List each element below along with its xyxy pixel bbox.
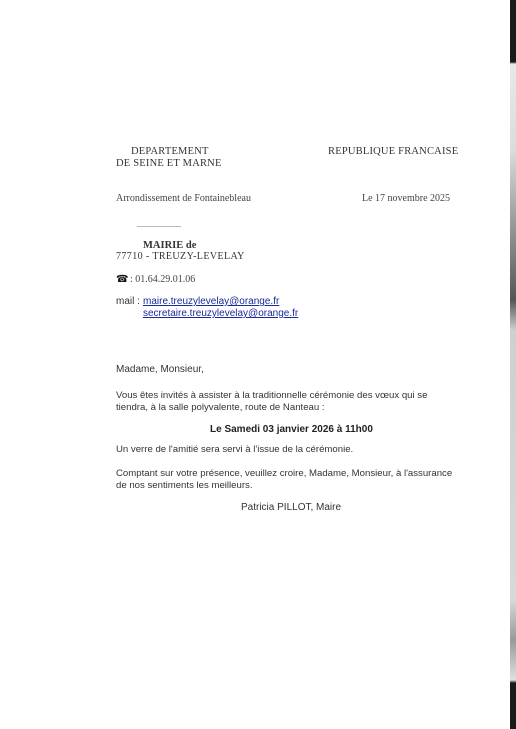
department-line2: DE SEINE ET MARNE bbox=[116, 158, 222, 169]
separator-line bbox=[137, 226, 181, 227]
invitation-text-line2: tiendra, à la salle polyvalente, route d… bbox=[116, 402, 325, 413]
closing-line1: Comptant sur votre présence, veuillez cr… bbox=[116, 468, 452, 479]
scan-edge bbox=[510, 0, 516, 729]
email-link-maire[interactable]: maire.treuzylevelay@orange.fr bbox=[143, 296, 279, 307]
salutation: Madame, Monsieur, bbox=[116, 364, 204, 375]
phone-number: : 01.64.29.01.06 bbox=[130, 274, 195, 285]
department-line1: DEPARTEMENT bbox=[131, 146, 209, 157]
town-name: 77710 - TREUZY-LEVELAY bbox=[116, 251, 245, 262]
letter-date: Le 17 novembre 2025 bbox=[362, 193, 450, 204]
mail-label: mail : bbox=[116, 296, 140, 307]
republic-heading: REPUBLIQUE FRANCAISE bbox=[328, 146, 458, 157]
telephone-icon: ☎ bbox=[116, 274, 128, 285]
closing-line2: de nos sentiments les meilleurs. bbox=[116, 480, 253, 491]
signature: Patricia PILLOT, Maire bbox=[241, 502, 341, 513]
arrondissement: Arrondissement de Fontainebleau bbox=[116, 193, 251, 204]
mairie-label: MAIRIE de bbox=[143, 240, 196, 251]
event-datetime: Le Samedi 03 janvier 2026 à 11h00 bbox=[210, 424, 373, 435]
invitation-text-line1: Vous êtes invités à assister à la tradit… bbox=[116, 390, 427, 401]
email-link-secretaire[interactable]: secretaire.treuzylevelay@orange.fr bbox=[143, 308, 298, 319]
reception-note: Un verre de l'amitié sera servi à l'issu… bbox=[116, 444, 353, 455]
